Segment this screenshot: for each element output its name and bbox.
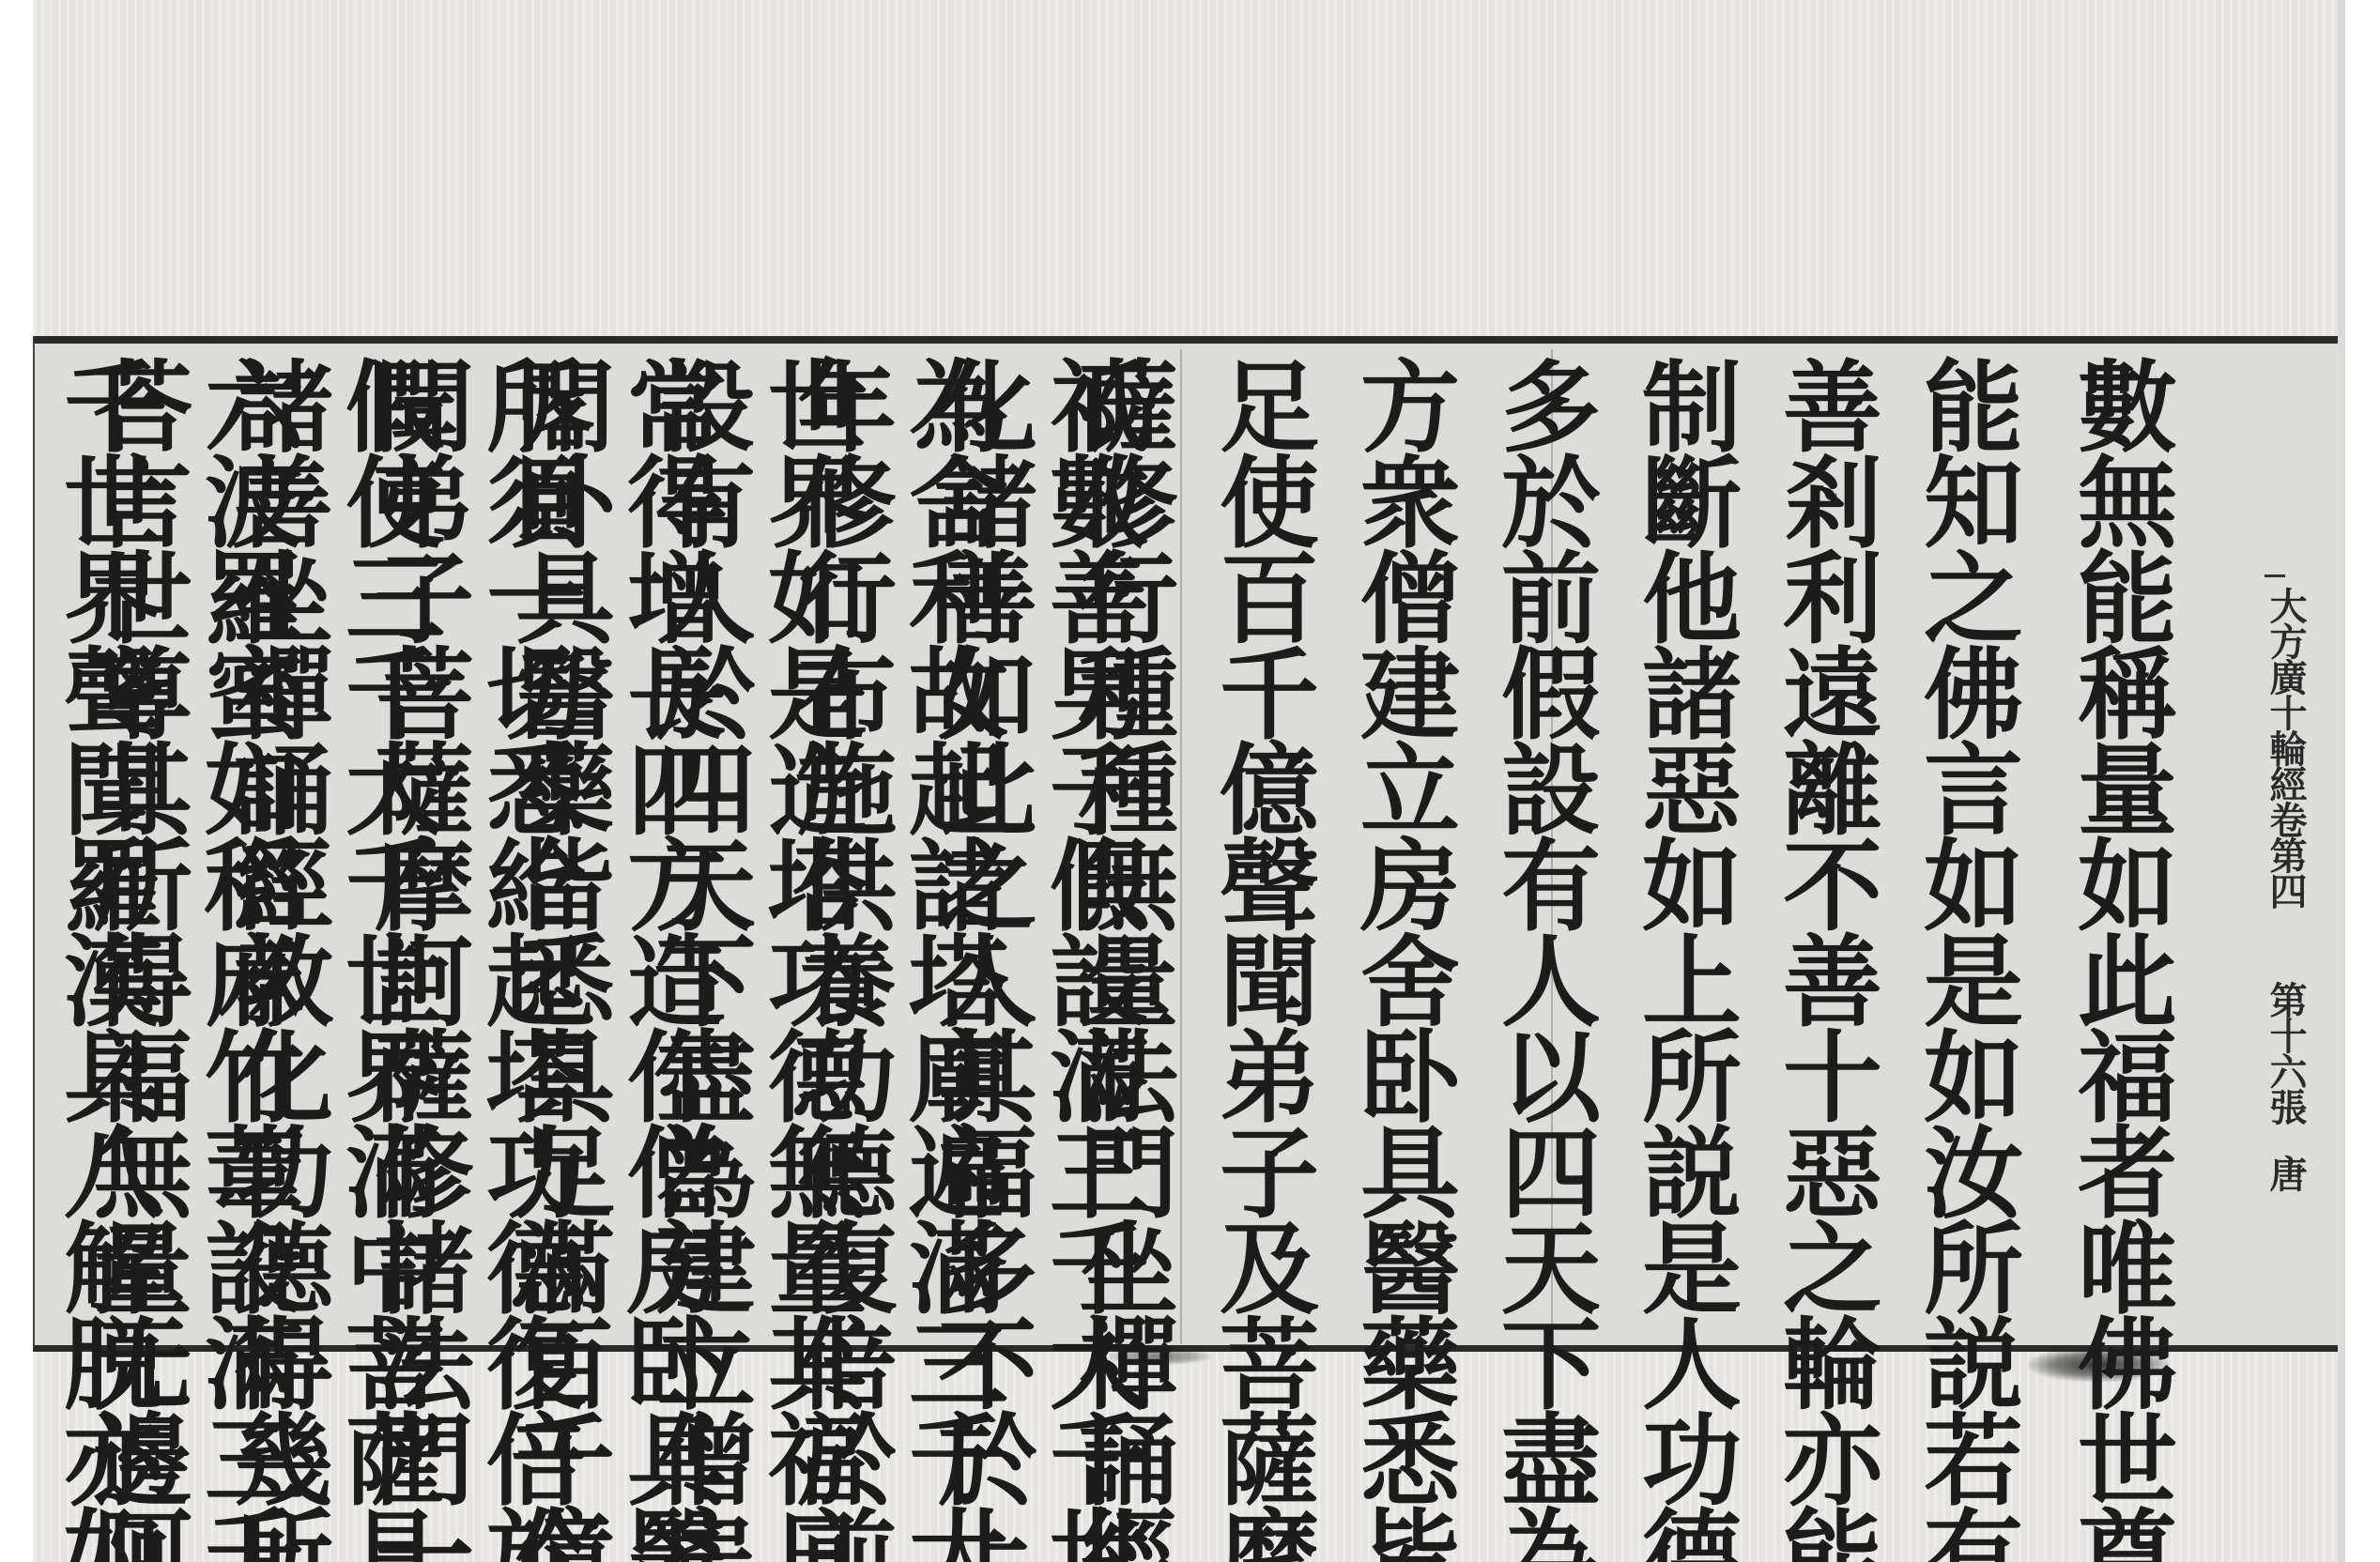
sutra-text-body-middle — [89, 355, 1178, 1345]
text-column-5: 多於前假設有人以四天下盡為四 — [1480, 355, 1620, 1345]
sutra-text-body: 數無能稱量如此福者唯佛世尊乃 能知之佛言如是如汝所説若有真 善剎利遠離不善十惡之… — [1174, 355, 2272, 1345]
paper-edge — [2338, 0, 2345, 1562]
text-column-7: 足使百千億聲聞弟子及菩薩摩訶 — [1198, 355, 1339, 1345]
text-column-6: 方衆僧建立房舍卧具醫藥悉皆給 — [1339, 355, 1480, 1345]
text-column-1: 數無能稱量如此福者唯佛世尊乃 — [2043, 355, 2197, 1345]
text-column-2: 能知之佛言如是如汝所説若有真 — [1902, 355, 2043, 1345]
text-column-4: 制斷他諸惡如上所説是人功德倍 — [1620, 355, 1761, 1345]
text-column-3: 善剎利遠離不善十惡之輪亦能遮 — [1761, 355, 1902, 1345]
